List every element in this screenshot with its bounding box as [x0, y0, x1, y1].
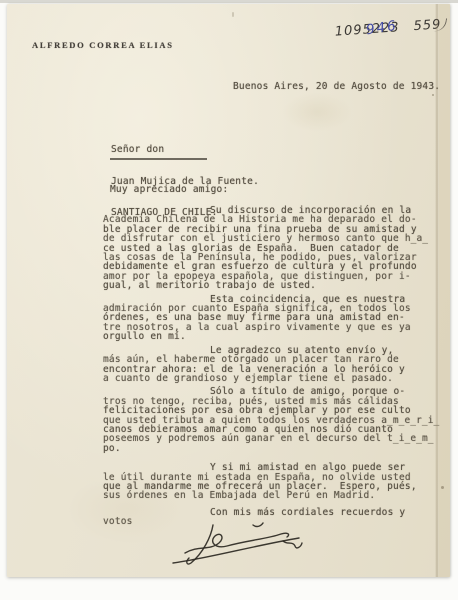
paper-sheet: 1095223559 946 ALFREDO CORREA ELIAS Buen…	[7, 4, 450, 577]
paragraph: Esta coincidencia, que es nuestraadmirac…	[103, 295, 439, 342]
letter-line: sus órdenes en la Embajada del Perú en M…	[103, 491, 439, 500]
scan-edge	[0, 0, 458, 3]
paragraph: Le agradezco su atento envío y,más aún, …	[103, 346, 439, 384]
recipient-line: Señor don	[111, 145, 259, 156]
letter-line: poseemos y podremos aún ganar en el decu…	[103, 434, 439, 443]
letter-body: Su discurso de incorporación en laAcadem…	[103, 206, 439, 531]
letter-line: que usted tributa a quien todos los verd…	[103, 416, 439, 425]
secondary-number: 559	[414, 17, 443, 34]
paper-edge-strip	[439, 4, 450, 577]
paper-stain	[282, 92, 352, 132]
letter-line: gual, al meritorio trabajo de usted.	[103, 281, 439, 290]
handwritten-signature	[165, 518, 310, 570]
closing-line: Con mis más cordiales recuerdos y	[103, 508, 439, 517]
paper-speck	[232, 12, 234, 17]
letter-line: las cosas de la Península, he podido, pu…	[103, 253, 439, 262]
letter-line: a cuanto de grandioso y ejemplar tiene e…	[103, 374, 439, 383]
letter-line: más aún, el haberme otorgado un placer t…	[103, 355, 439, 364]
scanned-letter: 1095223559 946 ALFREDO CORREA ELIAS Buen…	[0, 0, 458, 600]
paper-speck	[432, 94, 434, 96]
letter-line: admiración por cuanto España significa, …	[103, 304, 439, 313]
letter-line: orgullo en mí.	[103, 332, 439, 341]
letter-line: po.	[103, 444, 439, 453]
date-line: Buenos Aires, 20 de Agosto de 1943.	[233, 81, 440, 92]
letter-line: Academia Chilena de la Historia me ha de…	[103, 215, 439, 224]
paragraph: Su discurso de incorporación en laAcadem…	[103, 206, 439, 291]
paper-speck	[441, 486, 444, 489]
paragraph: Sólo a título de amigo, porque o-tros no…	[103, 387, 439, 453]
salutation-line: Muy apreciado amigo:	[110, 184, 228, 195]
letter-line: de disfrutar con el justiciero y hermoso…	[103, 234, 439, 243]
letterhead-name: ALFREDO CORREA ELIAS	[32, 40, 174, 50]
paragraph: Y si mi amistad en algo puede serle útil…	[103, 463, 439, 501]
letter-line: amor por la epopeya española, que distin…	[103, 272, 439, 281]
letter-line: le útil durante mi estada en España, no …	[103, 473, 439, 482]
letter-line: tros no tengo, reciba, pués, usted mis m…	[103, 397, 439, 406]
recipient-underline	[110, 158, 207, 160]
letter-line: tre nosotros, a la cual aspiro vivamente…	[103, 323, 439, 332]
